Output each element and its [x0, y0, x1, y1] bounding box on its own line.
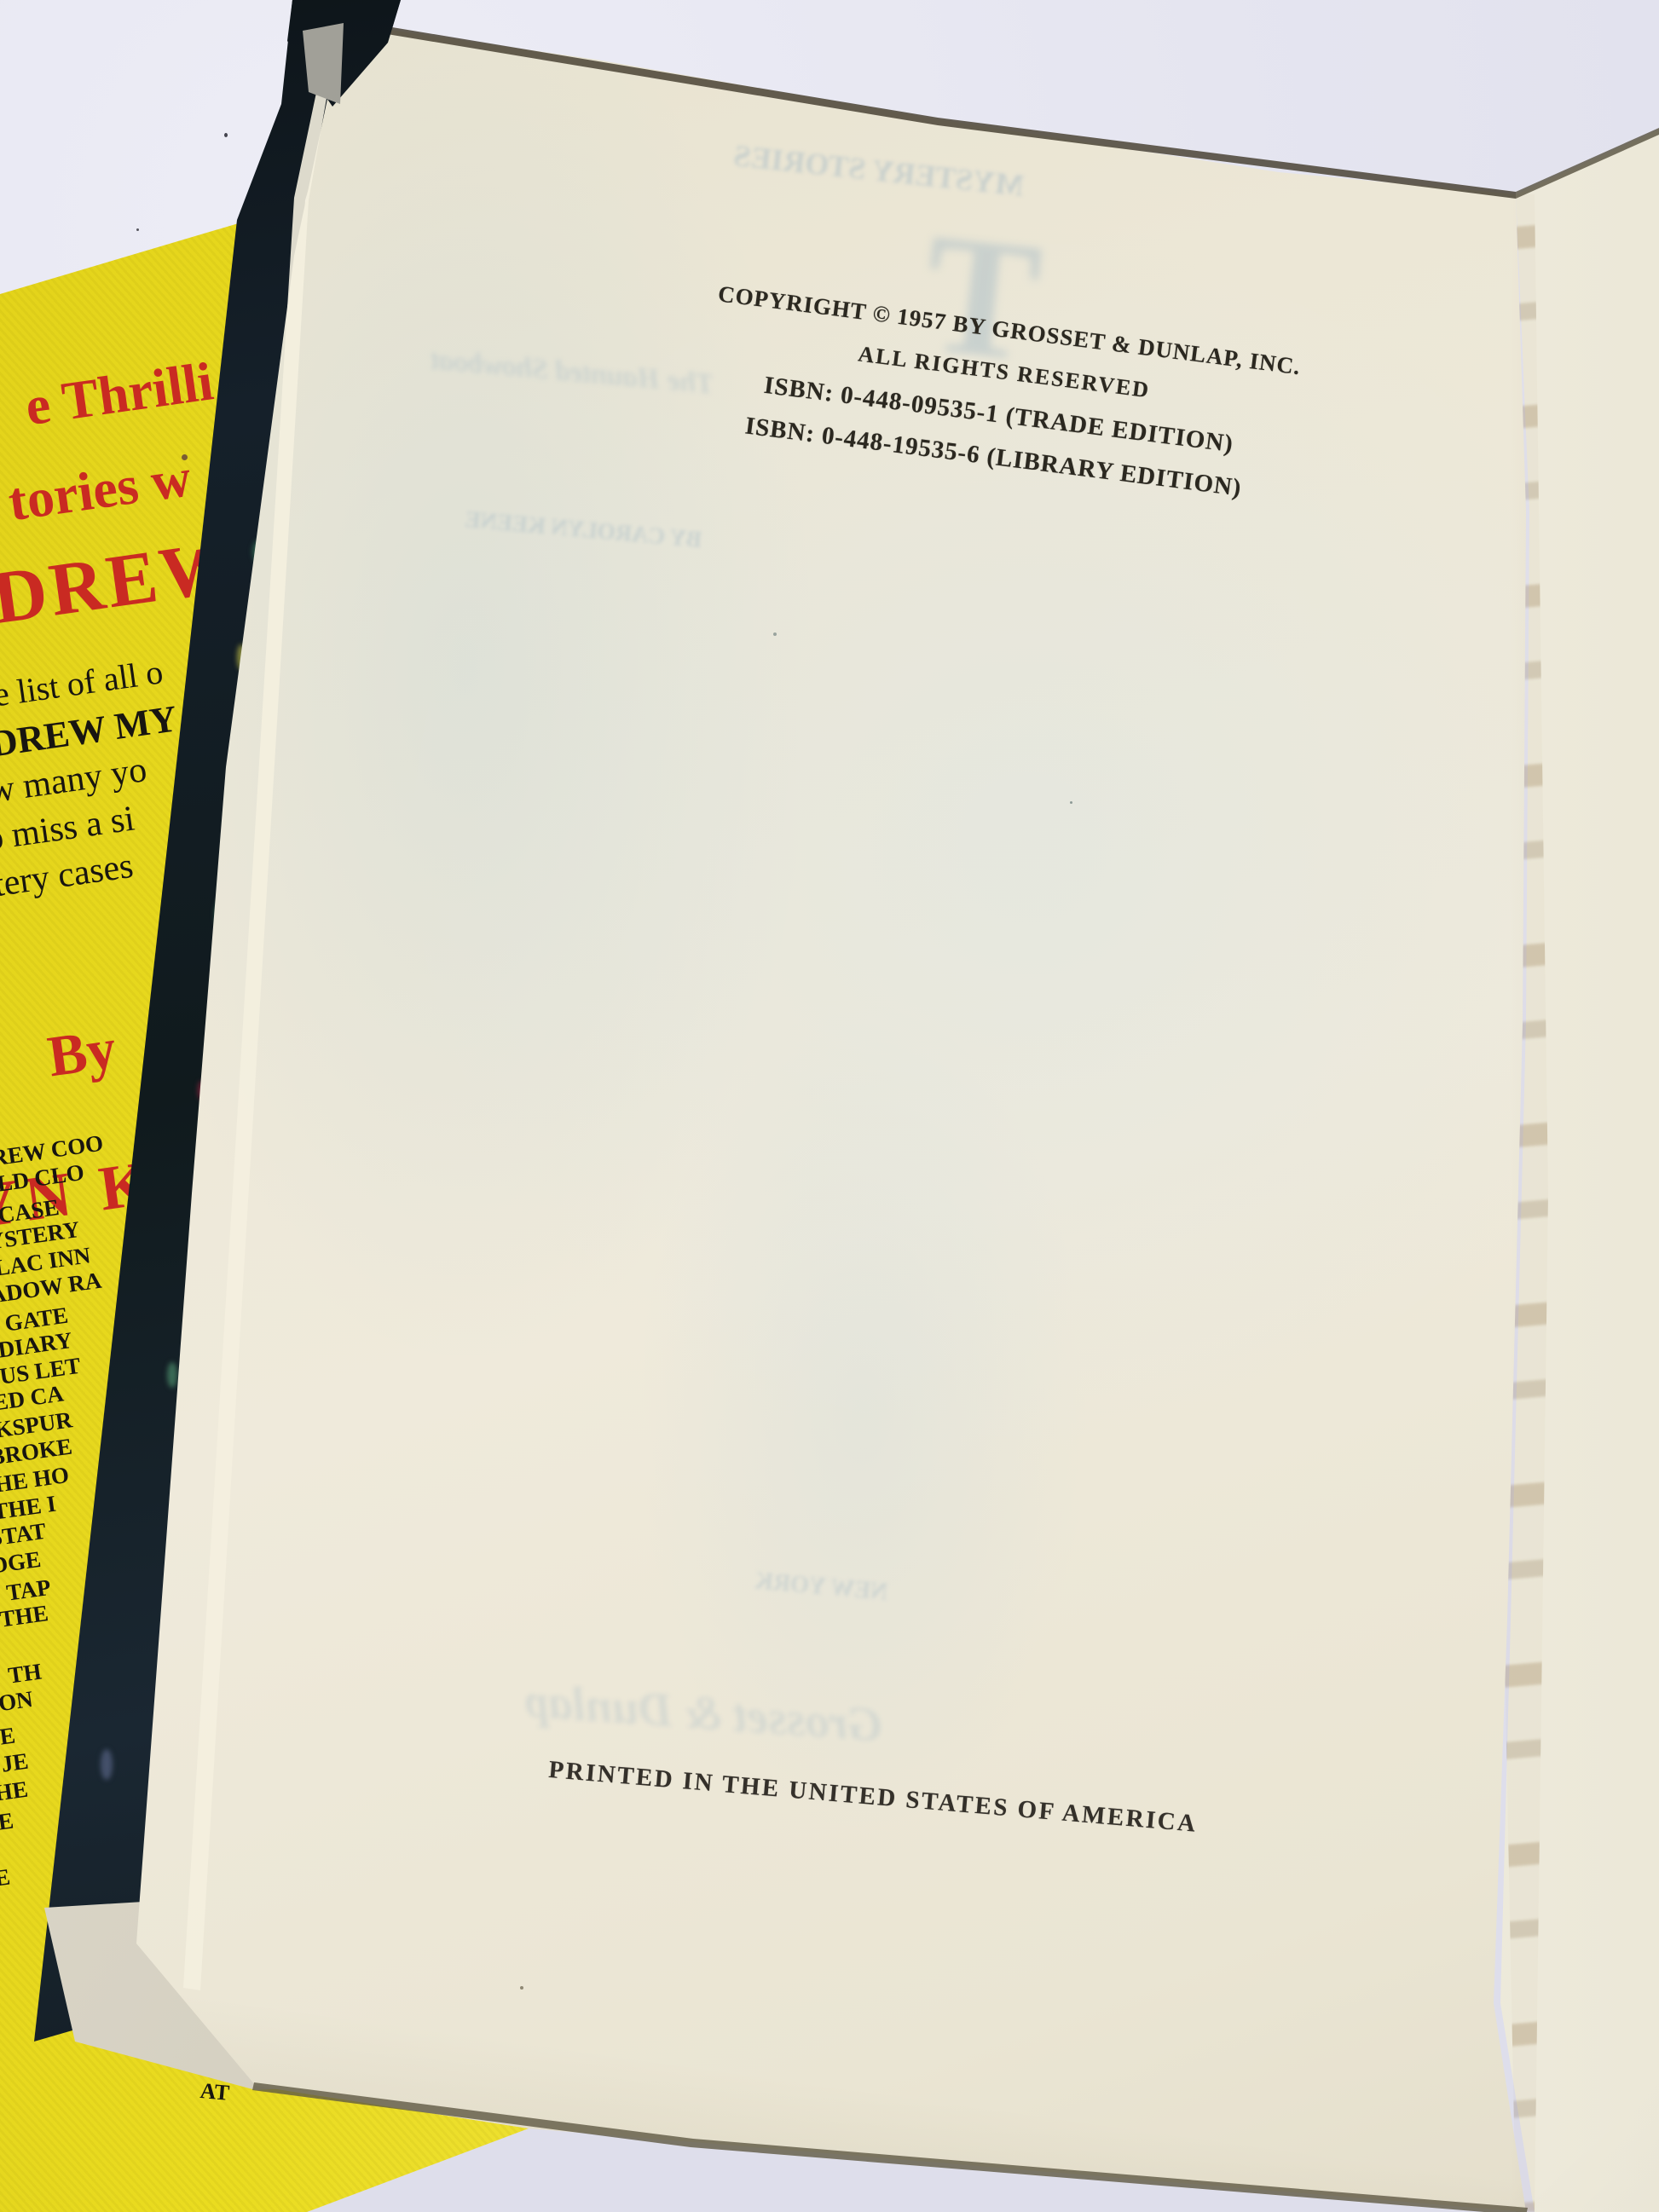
book-photo: e Thrillitories wDREWe list of all oDREW…	[0, 0, 1659, 2212]
photo-vignette	[0, 0, 1659, 2212]
